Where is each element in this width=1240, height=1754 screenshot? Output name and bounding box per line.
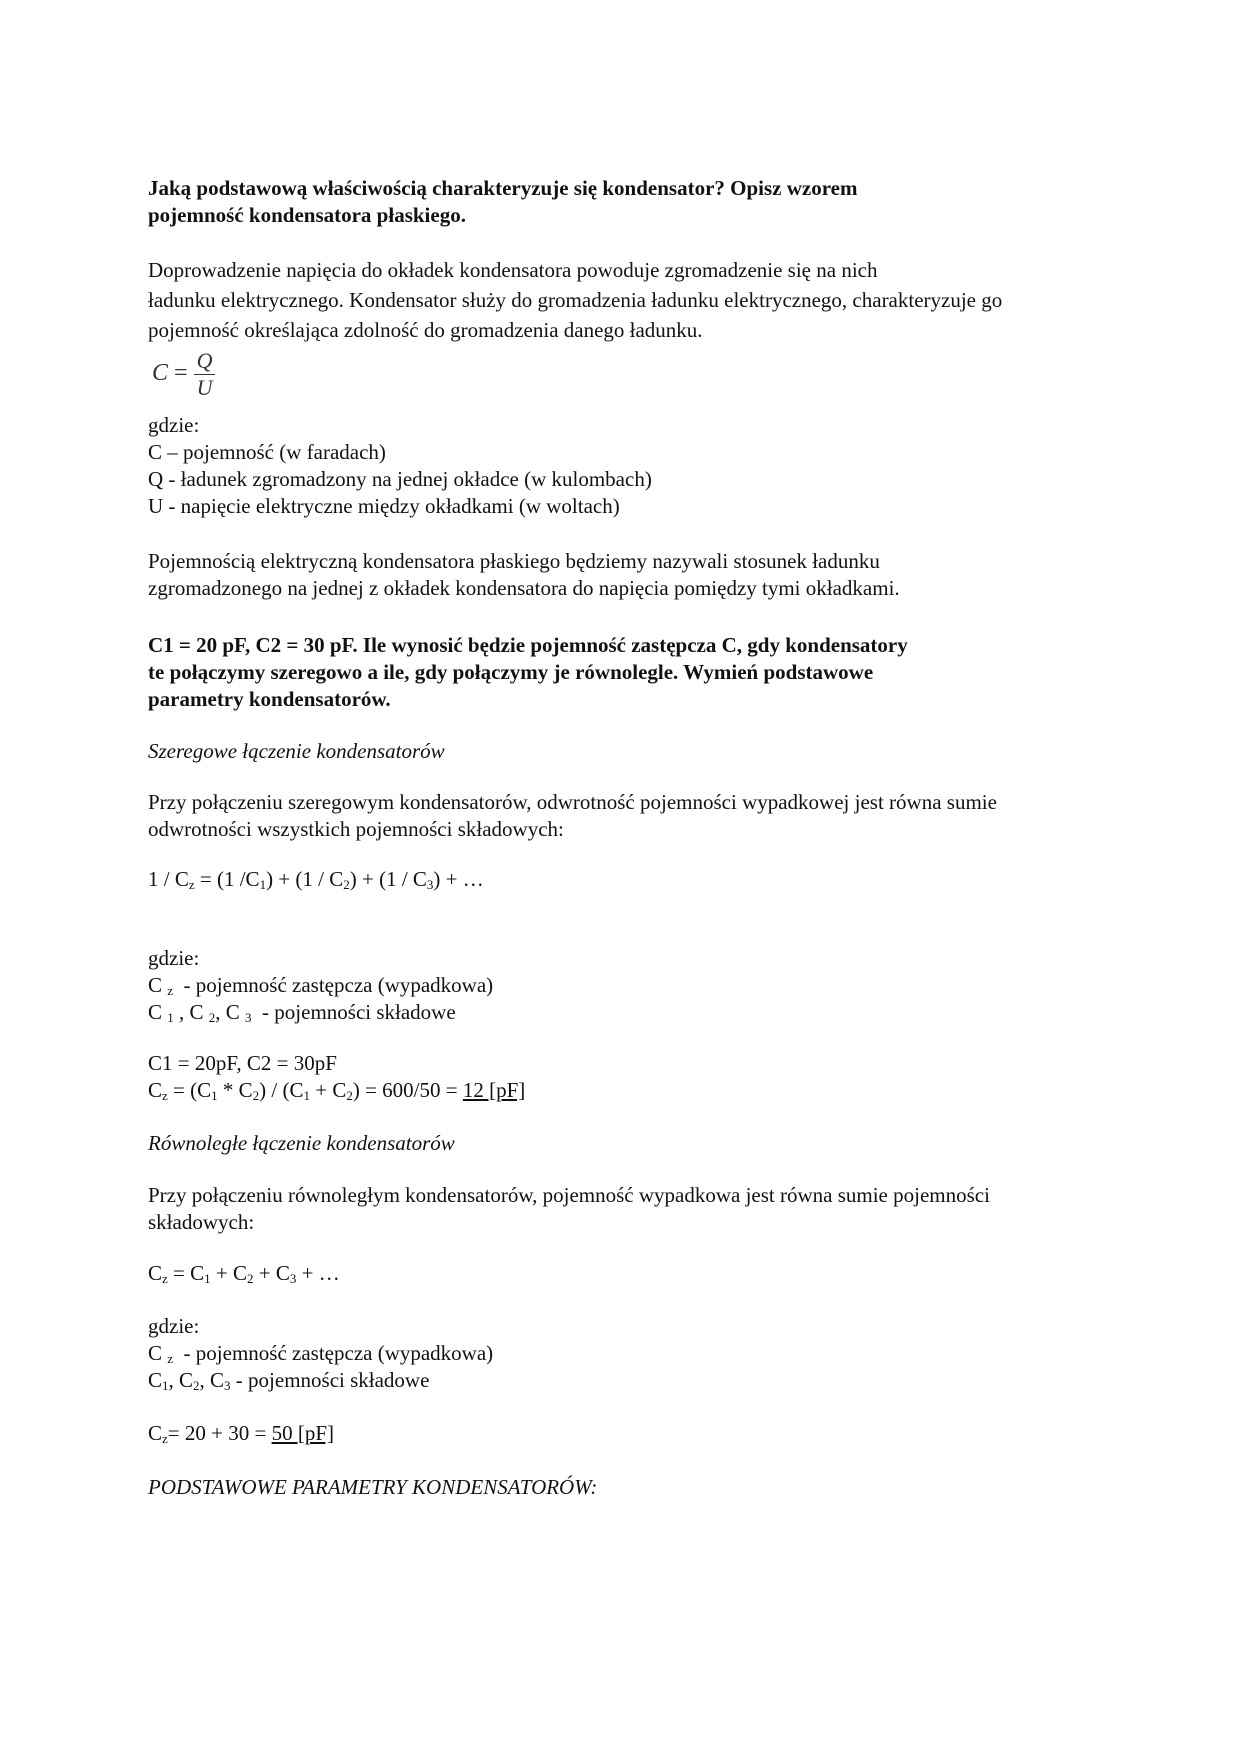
parameters-heading: PODSTAWOWE PARAMETRY KONDENSATORÓW: (148, 1474, 597, 1501)
question-1-title-line: pojemność kondensatora płaskiego. (148, 202, 858, 229)
paragraph-line: Doprowadzenie napięcia do okładek konden… (148, 255, 1002, 285)
paragraph-line: Przy połączeniu szeregowym kondensatorów… (148, 789, 997, 816)
definitions-list: gdzie: C – pojemność (w faradach) Q - ła… (148, 412, 652, 520)
definition-item: C z - pojemność zastępcza (wypadkowa) (148, 972, 493, 999)
intro-paragraph: Doprowadzenie napięcia do okładek konden… (148, 255, 1002, 345)
formula-numerator: Q (194, 348, 216, 375)
definition-text: - pojemność zastępcza (wypadkowa) (184, 973, 494, 997)
paragraph-line: składowych: (148, 1209, 990, 1236)
question-1-title-line: Jaką podstawową właściwością charakteryz… (148, 175, 858, 202)
series-formula: 1 / Cz = (1 /C1) + (1 / C2) + (1 / C3) +… (148, 866, 484, 893)
paragraph-line: Pojemnością elektryczną kondensatora pła… (148, 548, 900, 575)
parallel-formula: Cz = C1 + C2 + C3 + … (148, 1260, 340, 1287)
capacitance-formula: C = Q U (152, 348, 215, 401)
paragraph-line: pojemność określająca zdolność do gromad… (148, 315, 1002, 345)
parallel-definitions: gdzie: C z - pojemność zastępcza (wypadk… (148, 1313, 493, 1394)
definition-text: - pojemności składowe (236, 1368, 430, 1392)
series-result: 12 [pF] (463, 1078, 525, 1102)
where-label: gdzie: (148, 945, 493, 972)
given-values: C1 = 20pF, C2 = 30pF (148, 1050, 525, 1077)
definition-text: - pojemność zastępcza (wypadkowa) (184, 1341, 494, 1365)
paragraph-line: ładunku elektrycznego. Kondensator służy… (148, 285, 1002, 315)
series-paragraph: Przy połączeniu szeregowym kondensatorów… (148, 789, 997, 843)
parallel-paragraph: Przy połączeniu równoległym kondensatoró… (148, 1182, 990, 1236)
question-2-title-line: parametry kondensatorów. (148, 686, 908, 713)
where-label: gdzie: (148, 412, 652, 439)
parallel-calculation: Cz= 20 + 30 = 50 [pF] (148, 1420, 334, 1447)
question-2-title-line: te połączymy szeregowo a ile, gdy połącz… (148, 659, 908, 686)
question-1-title: Jaką podstawową właściwością charakteryz… (148, 175, 858, 229)
series-result-line: Cz = (C1 * C2) / (C1 + C2) = 600/50 = 12… (148, 1077, 525, 1104)
paragraph-line: Przy połączeniu równoległym kondensatoró… (148, 1182, 990, 1209)
question-2-title-line: C1 = 20 pF, C2 = 30 pF. Ile wynosić będz… (148, 632, 908, 659)
definition-item: C z - pojemność zastępcza (wypadkowa) (148, 1340, 493, 1367)
series-calculation: C1 = 20pF, C2 = 30pF Cz = (C1 * C2) / (C… (148, 1050, 525, 1104)
document-page: Jaką podstawową właściwością charakteryz… (0, 0, 1240, 1754)
definition-item: C 1 , C 2, C 3 - pojemności składowe (148, 999, 493, 1026)
capacitance-definition-paragraph: Pojemnością elektryczną kondensatora pła… (148, 548, 900, 602)
where-label: gdzie: (148, 1313, 493, 1340)
definition-item: U - napięcie elektryczne między okładkam… (148, 493, 652, 520)
series-heading: Szeregowe łączenie kondensatorów (148, 738, 445, 765)
series-definitions: gdzie: C z - pojemność zastępcza (wypadk… (148, 945, 493, 1026)
formula-fraction: Q U (194, 348, 216, 401)
formula-denominator: U (197, 375, 213, 401)
formula-equals: = (174, 360, 188, 386)
question-2-title: C1 = 20 pF, C2 = 30 pF. Ile wynosić będz… (148, 632, 908, 713)
definition-item: Q - ładunek zgromadzony na jednej okładc… (148, 466, 652, 493)
formula-lhs: C (152, 360, 168, 386)
definition-item: C – pojemność (w faradach) (148, 439, 652, 466)
paragraph-line: zgromadzonego na jednej z okładek konden… (148, 575, 900, 602)
definition-text: - pojemności składowe (262, 1000, 456, 1024)
parallel-heading: Równoległe łączenie kondensatorów (148, 1130, 455, 1157)
parallel-result: 50 [pF] (272, 1421, 334, 1445)
paragraph-line: odwrotności wszystkich pojemności składo… (148, 816, 997, 843)
definition-item: C1, C2, C3 - pojemności składowe (148, 1367, 493, 1394)
